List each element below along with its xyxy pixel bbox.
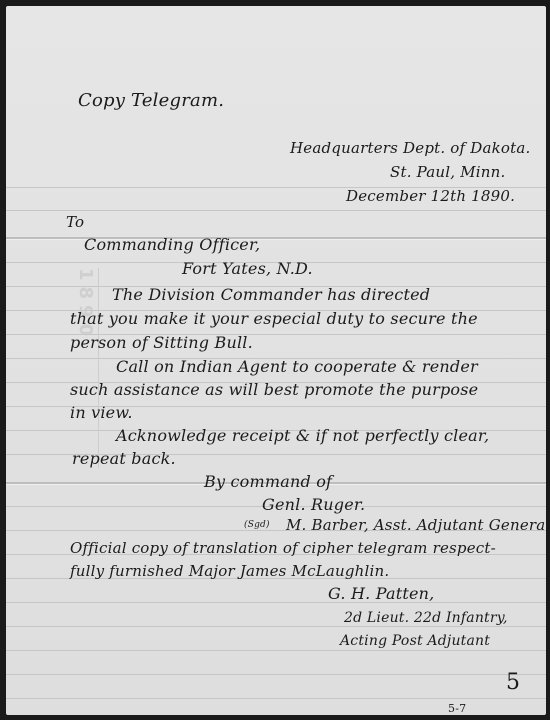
- signed-mark: (Sgd): [244, 520, 270, 530]
- certification-line: Official copy of translation of cipher t…: [70, 539, 496, 557]
- header-city: St. Paul, Minn.: [390, 163, 505, 181]
- ruled-line: [6, 698, 546, 699]
- general-name: Genl. Ruger.: [262, 495, 365, 514]
- ruled-line: [6, 626, 546, 627]
- ruled-line: [6, 674, 546, 675]
- body-line: such assistance as will best promote the…: [70, 380, 478, 399]
- folio-number: 5-7: [448, 702, 466, 715]
- document-title: Copy Telegram.: [78, 90, 224, 111]
- document-page: 1890 Copy Telegram. Headquarters Dept. o…: [6, 6, 546, 715]
- body-line: Acknowledge receipt & if not perfectly c…: [116, 426, 489, 445]
- certifier-title: Acting Post Adjutant: [340, 633, 490, 649]
- addressee-location: Fort Yates, N.D.: [182, 259, 313, 278]
- by-command-of: By command of: [204, 472, 332, 491]
- body-line: that you make it your especial duty to s…: [70, 309, 478, 328]
- ruled-line: [6, 602, 546, 603]
- faint-vertical-stamp: 1890: [62, 268, 96, 458]
- stamp-border-line: [98, 268, 99, 468]
- salutation-to: To: [66, 213, 84, 231]
- signer-name: M. Barber, Asst. Adjutant General: [286, 516, 550, 534]
- certifier-rank: 2d Lieut. 22d Infantry,: [344, 610, 508, 626]
- body-line: The Division Commander has directed: [112, 285, 430, 304]
- body-line: in view.: [70, 403, 133, 422]
- addressee: Commanding Officer,: [84, 235, 260, 254]
- header-headquarters: Headquarters Dept. of Dakota.: [290, 139, 530, 157]
- body-line: repeat back.: [72, 449, 176, 468]
- ruled-line: [6, 210, 546, 211]
- certification-line: fully furnished Major James McLaughlin.: [70, 562, 389, 580]
- certifier-signature: G. H. Patten,: [328, 584, 434, 603]
- body-line: person of Sitting Bull.: [70, 333, 253, 352]
- header-date: December 12th 1890.: [346, 187, 515, 205]
- body-line: Call on Indian Agent to cooperate & rend…: [116, 357, 478, 376]
- page-number: 5: [506, 670, 520, 695]
- ruled-line: [6, 650, 546, 651]
